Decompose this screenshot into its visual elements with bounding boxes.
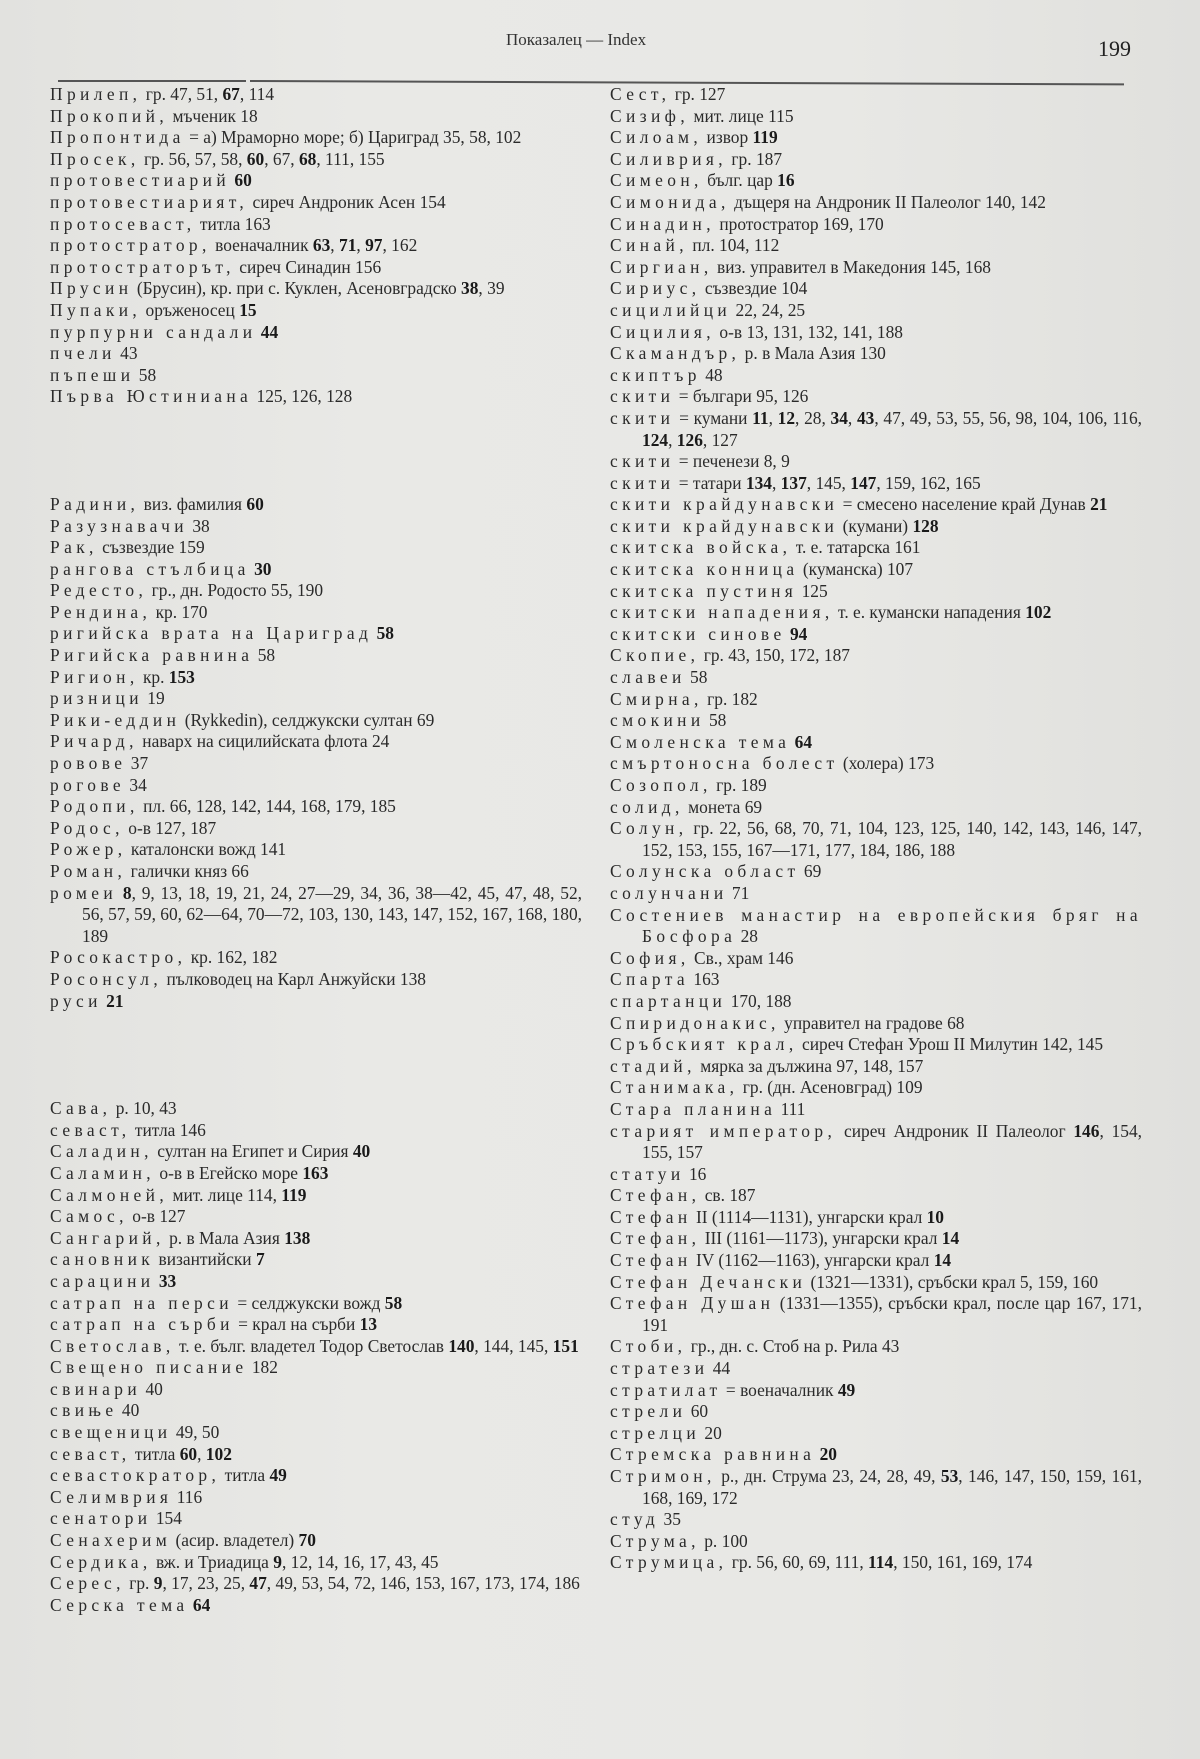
- entry-headword: руси: [50, 991, 102, 1011]
- index-entry: Стефан IV (1162—1163), унгарски крал 14: [610, 1250, 1142, 1272]
- entry-headword: Рак,: [50, 537, 98, 557]
- index-column-left: Прилеп, гр. 47, 51, 67, 114Прокопий, мъч…: [50, 84, 582, 1616]
- index-entry: сатрап на сърби = крал на сърби 13: [50, 1314, 582, 1336]
- entry-references: титла 60, 102: [135, 1444, 232, 1464]
- index-entry: Ричард, наварх на сицилийската флота 24: [50, 731, 582, 753]
- index-entry: Сръбският крал, сиреч Стефан Урош II Мил…: [610, 1034, 1142, 1056]
- entry-headword: сицилийци: [610, 300, 731, 320]
- entry-references: 34: [129, 775, 146, 795]
- index-entry: Струма, р. 100: [610, 1531, 1142, 1553]
- index-entry: Симонида, дъщеря на Андроник II Палеолог…: [610, 192, 1142, 214]
- entry-references: 58: [690, 667, 707, 687]
- entry-references: мит. лице 115: [693, 106, 793, 126]
- entry-headword: солунчани: [610, 883, 728, 903]
- entry-references: (холера) 173: [843, 753, 934, 773]
- entry-references: мит. лице 114, 119: [173, 1185, 307, 1205]
- index-entry: сановник византийски 7: [50, 1249, 582, 1271]
- index-entry: София, Св., храм 146: [610, 948, 1142, 970]
- entry-headword: София,: [610, 948, 690, 968]
- entry-headword: статуи: [610, 1164, 685, 1184]
- entry-references: 22, 24, 25: [736, 300, 806, 320]
- index-entry: Силоам, извор 119: [610, 127, 1142, 149]
- entry-headword: Серес,: [50, 1573, 125, 1593]
- entry-references: титла 146: [135, 1120, 206, 1140]
- index-entry: Росокастро, кр. 162, 182: [50, 947, 582, 969]
- entry-headword: скитска войска,: [610, 537, 791, 557]
- entry-headword: Серска тема: [50, 1595, 189, 1615]
- entry-references: о-в 127: [132, 1206, 185, 1226]
- entry-references: гр. 56, 57, 58, 60, 67, 68, 111, 155: [144, 149, 385, 169]
- index-entry: Стефан II (1114—1131), унгарски крал 10: [610, 1207, 1142, 1229]
- entry-references: 44: [261, 322, 278, 342]
- entry-headword: скити: [610, 473, 674, 493]
- entry-headword: Синадин,: [610, 214, 715, 234]
- entry-references: = българи 95, 126: [679, 386, 809, 406]
- index-entry: Сенахерим (асир. владетел) 70: [50, 1530, 582, 1552]
- index-entry: Стоби, гр., дн. с. Стоб на р. Рила 43: [610, 1336, 1142, 1358]
- entry-references: св. 187: [705, 1185, 756, 1205]
- entry-references: 37: [131, 753, 148, 773]
- entry-headword: студ: [610, 1509, 659, 1529]
- entry-headword: смъртоносна болест: [610, 753, 838, 773]
- entry-references: оръженосец 15: [146, 300, 257, 320]
- entry-headword: Спарта: [610, 969, 689, 989]
- index-entry: Разузнавачи 38: [50, 516, 582, 538]
- entry-headword: пурпурни сандали: [50, 322, 256, 342]
- entry-references: гр. 9, 17, 23, 25, 47, 49, 53, 54, 72, 1…: [129, 1573, 580, 1593]
- index-entry: Пропонтида = а) Мраморно море; б) Царигр…: [50, 127, 582, 149]
- entry-references: (асир. владетел) 70: [176, 1530, 316, 1550]
- index-entry: севаст, титла 146: [50, 1120, 582, 1142]
- entry-headword: Сизиф,: [610, 106, 689, 126]
- entry-references: 60: [234, 170, 251, 190]
- entry-headword: Стефан: [610, 1250, 692, 1270]
- index-entry: Солунска област 69: [610, 861, 1142, 883]
- entry-headword: Ригион,: [50, 667, 139, 687]
- entry-references: наварх на сицилийската флота 24: [142, 731, 389, 751]
- index-entry: Скопие, гр. 43, 150, 172, 187: [610, 645, 1142, 667]
- index-entry: Радини, виз. фамилия 60: [50, 494, 582, 516]
- index-entry: Смирна, гр. 182: [610, 689, 1142, 711]
- entry-references: мъченик 18: [172, 106, 257, 126]
- entry-headword: Сенахерим: [50, 1530, 171, 1550]
- entry-references: гр. 189: [716, 775, 767, 795]
- entry-headword: Светослав,: [50, 1336, 175, 1356]
- entry-headword: Росонсул,: [50, 969, 162, 989]
- entry-headword: Силиврия,: [610, 149, 727, 169]
- entry-headword: Смирна,: [610, 689, 703, 709]
- entry-headword: протостраторът,: [50, 257, 235, 277]
- book-page: Показалец — Index 199 Прилеп, гр. 47, 51…: [0, 0, 1200, 1759]
- entry-headword: сенатори: [50, 1508, 152, 1528]
- index-entry: свиње 40: [50, 1400, 582, 1422]
- index-entry: Сизиф, мит. лице 115: [610, 106, 1142, 128]
- entry-headword: Ригийска равнина: [50, 645, 253, 665]
- index-entry: Серска тема 64: [50, 1595, 582, 1617]
- entry-headword: Свещено писание: [50, 1357, 247, 1377]
- entry-references: 49, 50: [176, 1422, 219, 1442]
- index-entry: Рики-еддин (Rykkedin), селджукски султан…: [50, 710, 582, 732]
- entry-references: 170, 188: [731, 991, 792, 1011]
- index-entry: ризници 19: [50, 688, 582, 710]
- running-header: Показалец — Index 199: [0, 26, 1200, 66]
- index-entry: Саламин, о-в в Егейско море 163: [50, 1163, 582, 1185]
- index-entry: пчели 43: [50, 343, 582, 365]
- entry-headword: Созопол,: [610, 775, 712, 795]
- entry-references: 48: [705, 365, 722, 385]
- entry-references: гр. (дн. Асеновград) 109: [743, 1077, 923, 1097]
- index-entry: Ригийска равнина 58: [50, 645, 582, 667]
- entry-references: 94: [790, 624, 807, 644]
- index-entry: смокини 58: [610, 710, 1142, 732]
- index-entry: ромеи 8, 9, 13, 18, 19, 21, 24, 27—29, 3…: [50, 883, 582, 948]
- entry-headword: пъпеши: [50, 365, 134, 385]
- entry-headword: Стефан Душан: [610, 1293, 774, 1313]
- index-entry: Стефан, св. 187: [610, 1185, 1142, 1207]
- entry-headword: Пропонтида: [50, 127, 185, 147]
- index-entry: сарацини 33: [50, 1271, 582, 1293]
- index-entry: скити крайдунавски = смесено население к…: [610, 494, 1142, 516]
- index-entry: Родопи, пл. 66, 128, 142, 144, 168, 179,…: [50, 796, 582, 818]
- index-entry: спартанци 170, 188: [610, 991, 1142, 1013]
- index-entry: Роман, галички княз 66: [50, 861, 582, 883]
- entry-references: (1321—1331), сръбски крал 5, 159, 160: [811, 1272, 1099, 1292]
- index-entry: стратилат = военачалник 49: [610, 1380, 1142, 1402]
- entry-headword: Прилеп,: [50, 84, 141, 104]
- index-entry: сенатори 154: [50, 1508, 582, 1530]
- entry-headword: Сердика,: [50, 1552, 152, 1572]
- entry-references: 33: [159, 1271, 176, 1291]
- entry-references: сиреч Стефан Урош II Милутин 142, 145: [802, 1034, 1103, 1054]
- index-entry: стратези 44: [610, 1358, 1142, 1380]
- entry-headword: спартанци: [610, 991, 726, 1011]
- index-entry: Скамандър, р. в Мала Азия 130: [610, 343, 1142, 365]
- index-entry: протостраторът, сиреч Синадин 156: [50, 257, 582, 279]
- entry-headword: Разузнавачи: [50, 516, 188, 536]
- entry-references: мярка за дължина 97, 148, 157: [700, 1056, 923, 1076]
- entry-references: съзвездие 159: [102, 537, 204, 557]
- entry-headword: ризници: [50, 688, 143, 708]
- entry-headword: Стефан,: [610, 1185, 700, 1205]
- index-entry: Рожер, каталонски вожд 141: [50, 839, 582, 861]
- entry-references: бълг. цар 16: [707, 170, 794, 190]
- index-entry: Сест, гр. 127: [610, 84, 1142, 106]
- entry-references: пл. 66, 128, 142, 144, 168, 179, 185: [143, 796, 396, 816]
- entry-references: гр., дн. Родосто 55, 190: [152, 580, 323, 600]
- index-entry: ригийска врата на Цариград 58: [50, 623, 582, 645]
- entry-references: 58: [709, 710, 726, 730]
- entry-headword: Самос,: [50, 1206, 128, 1226]
- index-entry: Силиврия, гр. 187: [610, 149, 1142, 171]
- entry-references: 19: [147, 688, 164, 708]
- index-entry: студ 35: [610, 1509, 1142, 1531]
- entry-references: 116: [177, 1487, 202, 1507]
- index-entry: солунчани 71: [610, 883, 1142, 905]
- entry-headword: Синай,: [610, 235, 688, 255]
- entry-headword: Рендина,: [50, 602, 151, 622]
- entry-references: 16: [689, 1164, 706, 1184]
- index-entry: пурпурни сандали 44: [50, 322, 582, 344]
- entry-headword: скити: [610, 386, 674, 406]
- entry-references: (куманска) 107: [803, 559, 913, 579]
- index-entry: Росонсул, пълководец на Карл Анжуйски 13…: [50, 969, 582, 991]
- index-entry: сицилийци 22, 24, 25: [610, 300, 1142, 322]
- entry-references: р. 10, 43: [116, 1098, 177, 1118]
- index-entry: Прусин (Брусин), кр. при с. Куклен, Асен…: [50, 278, 582, 300]
- entry-headword: Состениев манастир на европейския бряг н…: [610, 905, 1142, 947]
- index-entry: Просек, гр. 56, 57, 58, 60, 67, 68, 111,…: [50, 149, 582, 171]
- entry-references: 40: [145, 1379, 162, 1399]
- entry-references: III (1161—1173), унгарски крал 14: [705, 1228, 959, 1248]
- entry-headword: Просек,: [50, 149, 140, 169]
- entry-headword: скитска пустиня: [610, 581, 797, 601]
- index-entry: Пупаки, оръженосец 15: [50, 300, 582, 322]
- entry-references: 69: [804, 861, 821, 881]
- index-entry: скити = кумани 11, 12, 28, 34, 43, 47, 4…: [610, 408, 1142, 451]
- index-entry: скити = печенези 8, 9: [610, 451, 1142, 473]
- index-entry: Серес, гр. 9, 17, 23, 25, 47, 49, 53, 54…: [50, 1573, 582, 1595]
- entry-headword: старият император,: [610, 1121, 836, 1141]
- entry-headword: Силоам,: [610, 127, 702, 147]
- entry-references: дъщеря на Андроник II Палеолог 140, 142: [734, 192, 1046, 212]
- running-title: Показалец — Index: [506, 30, 646, 50]
- entry-headword: ромеи: [50, 883, 117, 903]
- entry-references: 111: [781, 1099, 806, 1119]
- entry-headword: Симеон,: [610, 170, 703, 190]
- entry-references: гр. 182: [707, 689, 758, 709]
- index-entry: смъртоносна болест (холера) 173: [610, 753, 1142, 775]
- index-entry: старият император, сиреч Андроник II Пал…: [610, 1121, 1142, 1164]
- index-entry: Прокопий, мъченик 18: [50, 106, 582, 128]
- entry-headword: Симонида,: [610, 192, 730, 212]
- index-column-right: Сест, гр. 127Сизиф, мит. лице 115Силоам,…: [610, 84, 1142, 1574]
- entry-references: 182: [252, 1357, 278, 1377]
- entry-headword: скити крайдунавски: [610, 516, 838, 536]
- entry-references: 21: [106, 991, 123, 1011]
- entry-references: = крал на сърби 13: [238, 1314, 377, 1334]
- entry-references: кр. 162, 182: [191, 947, 278, 967]
- entry-headword: стрелци: [610, 1423, 700, 1443]
- entry-references: 28: [741, 926, 758, 946]
- entry-references: о-в 13, 131, 132, 141, 188: [719, 322, 903, 342]
- index-entry: рогове 34: [50, 775, 582, 797]
- index-entry: скитска пустиня 125: [610, 581, 1142, 603]
- entry-headword: севаст,: [50, 1120, 131, 1140]
- entry-headword: скити: [610, 451, 674, 471]
- entry-references: 58: [258, 645, 275, 665]
- entry-headword: протовестиарий: [50, 170, 230, 190]
- entry-references: р. 100: [704, 1531, 747, 1551]
- entry-headword: Стефан Дечански: [610, 1272, 806, 1292]
- entry-references: монета 69: [688, 797, 762, 817]
- entry-headword: Сава,: [50, 1098, 111, 1118]
- entry-headword: Стефан,: [610, 1228, 700, 1248]
- entry-references: = военачалник 49: [726, 1380, 855, 1400]
- entry-headword: скитска конница: [610, 559, 798, 579]
- index-entry: Първа Юстиниана 125, 126, 128: [50, 386, 582, 408]
- entry-references: = смесено население край Дунав 21: [843, 494, 1108, 514]
- entry-references: = селджукски вожд 58: [237, 1293, 402, 1313]
- entry-headword: свещеници: [50, 1422, 171, 1442]
- entry-headword: Стара планина: [610, 1099, 776, 1119]
- entry-references: кр. 153: [143, 667, 195, 687]
- index-entry: Селимврия 116: [50, 1487, 582, 1509]
- index-entry: Созопол, гр. 189: [610, 775, 1142, 797]
- index-entry: Рак, съзвездие 159: [50, 537, 582, 559]
- entry-headword: протостратор,: [50, 235, 211, 255]
- entry-references: титла 49: [225, 1465, 287, 1485]
- entry-references: 8, 9, 13, 18, 19, 21, 24, 27—29, 34, 36,…: [82, 883, 582, 946]
- entry-headword: Стоби,: [610, 1336, 686, 1356]
- entry-headword: Солунска област: [610, 861, 800, 881]
- entry-headword: скитски синове: [610, 624, 786, 644]
- entry-references: виз. управител в Македония 145, 168: [717, 257, 991, 277]
- entry-headword: скити: [610, 408, 674, 428]
- entry-headword: Рожер,: [50, 839, 126, 859]
- entry-references: протостратор 169, 170: [719, 214, 883, 234]
- index-entry: сатрап на перси = селджукски вожд 58: [50, 1293, 582, 1315]
- entry-references: о-в 127, 187: [128, 818, 216, 838]
- entry-headword: Скопие,: [610, 645, 699, 665]
- entry-headword: Сест,: [610, 84, 670, 104]
- entry-headword: солид,: [610, 797, 684, 817]
- entry-references: гр. 43, 150, 172, 187: [704, 645, 850, 665]
- entry-headword: Пупаки,: [50, 300, 141, 320]
- entry-references: 38: [192, 516, 209, 536]
- entry-headword: Скамандър,: [610, 343, 740, 363]
- entry-references: вж. и Триадица 9, 12, 14, 16, 17, 43, 45: [156, 1552, 439, 1572]
- index-entry: Сириус, съзвездие 104: [610, 278, 1142, 300]
- index-entry: свещеници 49, 50: [50, 1422, 582, 1444]
- entry-references: военачалник 63, 71, 97, 162: [215, 235, 417, 255]
- entry-headword: рогове: [50, 775, 125, 795]
- entry-references: 43: [120, 343, 137, 363]
- index-entry: Рендина, кр. 170: [50, 602, 582, 624]
- index-entry: Сангарий, р. в Мала Азия 138: [50, 1228, 582, 1250]
- entry-references: р. в Мала Азия 138: [169, 1228, 310, 1248]
- entry-headword: Рики-еддин: [50, 710, 180, 730]
- index-entry: Саладин, султан на Египет и Сирия 40: [50, 1141, 582, 1163]
- entry-headword: скиптър: [610, 365, 701, 385]
- index-entry: статуи 16: [610, 1164, 1142, 1186]
- entry-headword: Сиргиан,: [610, 257, 713, 277]
- entry-headword: Първа Юстиниана: [50, 386, 252, 406]
- index-entry: Сава, р. 10, 43: [50, 1098, 582, 1120]
- index-entry: руси 21: [50, 991, 582, 1013]
- entry-headword: Ричард,: [50, 731, 138, 751]
- entry-references: титла 163: [200, 214, 271, 234]
- entry-references: 58: [139, 365, 156, 385]
- entry-references: 64: [193, 1595, 210, 1615]
- index-entry: скитски синове 94: [610, 624, 1142, 646]
- index-entry: Сердика, вж. и Триадица 9, 12, 14, 16, 1…: [50, 1552, 582, 1574]
- index-entry: Родос, о-в 127, 187: [50, 818, 582, 840]
- entry-references: пл. 104, 112: [692, 235, 779, 255]
- index-entry: Свещено писание 182: [50, 1357, 582, 1379]
- entry-headword: стрели: [610, 1401, 686, 1421]
- entry-headword: Саламин,: [50, 1163, 155, 1183]
- index-entry: Состениев манастир на европейския бряг н…: [610, 905, 1142, 948]
- entry-references: управител на градове 68: [784, 1013, 964, 1033]
- index-entry: протовестиарий 60: [50, 170, 582, 192]
- entry-headword: Сръбският крал,: [610, 1034, 798, 1054]
- entry-headword: протосеваст,: [50, 214, 195, 234]
- entry-headword: Солун,: [610, 818, 688, 838]
- index-entry: свинари 40: [50, 1379, 582, 1401]
- entry-headword: сановник: [50, 1249, 154, 1269]
- page-number: 199: [1098, 36, 1131, 62]
- index-entry: Самос, о-в 127: [50, 1206, 582, 1228]
- entry-headword: Струма,: [610, 1531, 700, 1551]
- entry-references: 154: [156, 1508, 182, 1528]
- entry-references: о-в в Егейско море 163: [159, 1163, 328, 1183]
- entry-references: виз. фамилия 60: [144, 494, 264, 514]
- entry-headword: Сириус,: [610, 278, 700, 298]
- index-entry: скити крайдунавски (кумани) 128: [610, 516, 1142, 538]
- index-entry: Струмица, гр. 56, 60, 69, 111, 114, 150,…: [610, 1552, 1142, 1574]
- entry-references: 58: [377, 623, 394, 643]
- entry-references: гр., дн. с. Стоб на р. Рила 43: [691, 1336, 900, 1356]
- entry-references: 125: [802, 581, 828, 601]
- index-entry: ровове 37: [50, 753, 582, 775]
- index-entry: скити = българи 95, 126: [610, 386, 1142, 408]
- index-entry: стрелци 20: [610, 1423, 1142, 1445]
- index-entry: стадий, мярка за дължина 97, 148, 157: [610, 1056, 1142, 1078]
- index-entry: Солун, гр. 22, 56, 68, 70, 71, 104, 123,…: [610, 818, 1142, 861]
- entry-references: извор 119: [707, 127, 778, 147]
- entry-references: византийски 7: [159, 1249, 265, 1269]
- entry-references: 64: [795, 732, 812, 752]
- index-entry: протостратор, военачалник 63, 71, 97, 16…: [50, 235, 582, 257]
- entry-headword: Стримон,: [610, 1466, 716, 1486]
- entry-references: каталонски вожд 141: [131, 839, 286, 859]
- entry-headword: севастократор,: [50, 1465, 220, 1485]
- entry-headword: Радини,: [50, 494, 139, 514]
- entry-references: IV (1162—1163), унгарски крал 14: [696, 1250, 951, 1270]
- index-entry: скитска конница (куманска) 107: [610, 559, 1142, 581]
- entry-headword: стратилат: [610, 1380, 722, 1400]
- entry-headword: Родос,: [50, 818, 124, 838]
- index-entry: Сицилия, о-в 13, 131, 132, 141, 188: [610, 322, 1142, 344]
- index-entry: Стефан Дечански (1321—1331), сръбски кра…: [610, 1272, 1142, 1294]
- entry-references: 40: [122, 1400, 139, 1420]
- entry-headword: Роман,: [50, 861, 126, 881]
- entry-references: гр. 47, 51, 67, 114: [146, 84, 274, 104]
- entry-references: 71: [732, 883, 749, 903]
- index-entry: Стефан, III (1161—1173), унгарски крал 1…: [610, 1228, 1142, 1250]
- entry-headword: Смоленска тема: [610, 732, 790, 752]
- index-entry: Редесто, гр., дн. Родосто 55, 190: [50, 580, 582, 602]
- entry-references: султан на Египет и Сирия 40: [157, 1141, 370, 1161]
- entry-references: = а) Мраморно море; б) Цариград 35, 58, …: [189, 127, 521, 147]
- entry-references: 60: [691, 1401, 708, 1421]
- entry-headword: Сангарий,: [50, 1228, 165, 1248]
- entry-headword: протовестиарият,: [50, 192, 248, 212]
- index-entry: скити = татари 134, 137, 145, 147, 159, …: [610, 473, 1142, 495]
- entry-headword: Станимака,: [610, 1077, 738, 1097]
- entry-headword: ригийска врата на Цариград: [50, 623, 372, 643]
- index-entry: Стримон, р., дн. Струма 23, 24, 28, 49, …: [610, 1466, 1142, 1509]
- entry-headword: Редесто,: [50, 580, 147, 600]
- entry-references: гр. 22, 56, 68, 70, 71, 104, 123, 125, 1…: [642, 818, 1142, 860]
- entry-headword: славеи: [610, 667, 686, 687]
- entry-headword: Прусин: [50, 278, 132, 298]
- index-entry: Ригион, кр. 153: [50, 667, 582, 689]
- entry-references: 35: [664, 1509, 681, 1529]
- entry-references: 20: [704, 1423, 721, 1443]
- index-entry: Стремска равнина 20: [610, 1444, 1142, 1466]
- entry-headword: Родопи,: [50, 796, 139, 816]
